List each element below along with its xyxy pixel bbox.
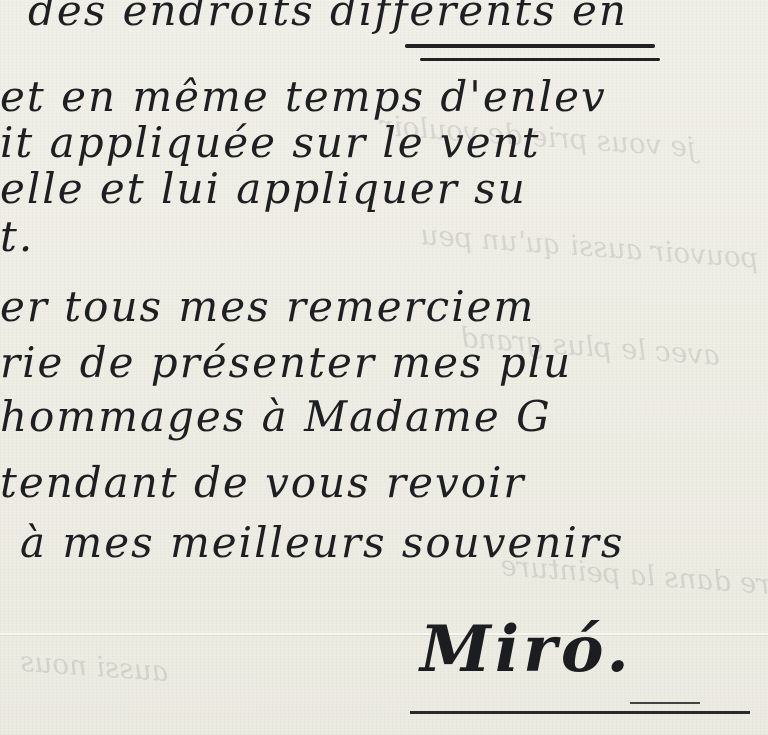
letter-line-2: et en même temps d'enlev bbox=[0, 72, 607, 121]
signature-underline bbox=[630, 702, 700, 704]
underline-stroke bbox=[405, 44, 655, 48]
signature: Miró. bbox=[420, 612, 633, 687]
letter-line-6: er tous mes remerciem bbox=[0, 282, 535, 331]
letter-line-1: des endroits différents en bbox=[28, 0, 628, 35]
letter-line-3: it appliquée sur le vent bbox=[0, 118, 541, 167]
letter-page: je vous prie de vouloir pouvoir aussi qu… bbox=[0, 0, 768, 735]
letter-line-9: tendant de vous revoir bbox=[0, 458, 526, 507]
letter-line-5: t. bbox=[0, 212, 34, 261]
letter-line-10: à mes meilleurs souvenirs bbox=[20, 518, 624, 567]
bleed-through-text: aussi nous bbox=[19, 645, 170, 688]
underline-stroke bbox=[420, 58, 660, 61]
signature-underline bbox=[410, 711, 750, 714]
letter-line-8: hommages à Madame G bbox=[0, 392, 552, 441]
letter-line-4: elle et lui appliquer su bbox=[0, 164, 527, 213]
bleed-through-text: pouvoir aussi qu'un peu bbox=[419, 218, 760, 275]
paper-fold-crease bbox=[0, 633, 768, 635]
letter-line-7: rie de présenter mes plu bbox=[0, 338, 572, 387]
